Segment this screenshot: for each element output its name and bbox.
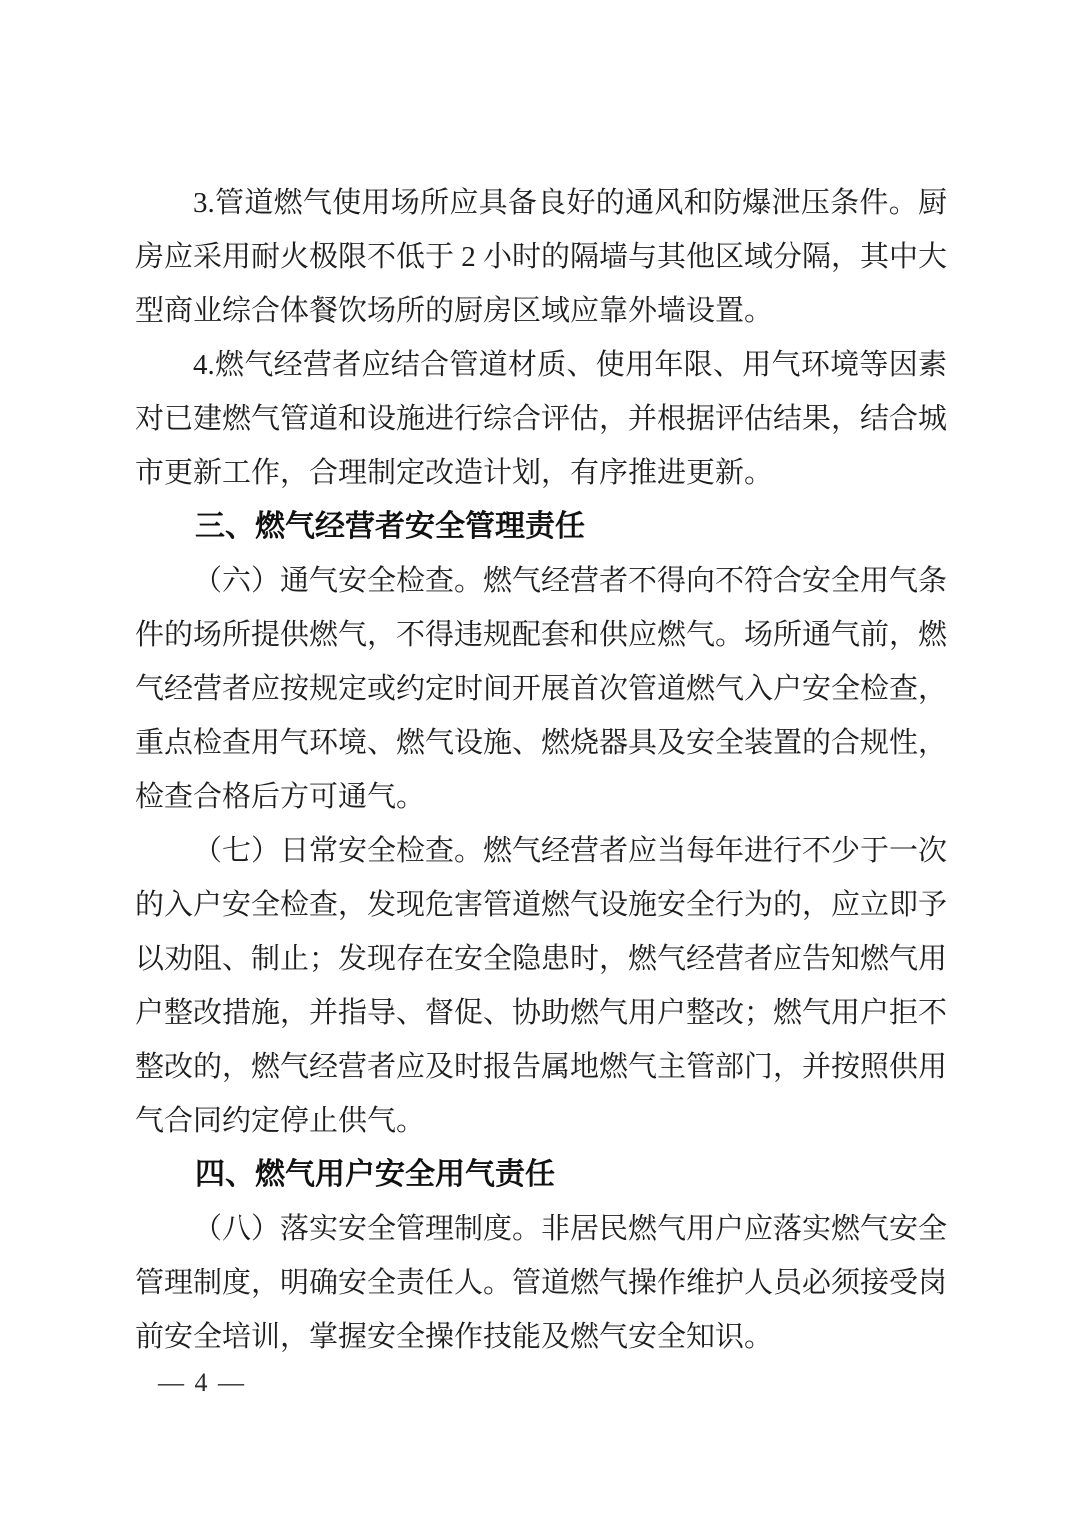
paragraph-clause-7-daily-safety-check: （七）日常安全检查。燃气经营者应当每年进行不少于一次的入户安全检查，发现危害管道…: [135, 824, 947, 1148]
document-page: 3.管道燃气使用场所应具备良好的通风和防爆泄压条件。厨房应采用耐火极限不低于 2…: [0, 0, 1080, 1527]
document-body: 3.管道燃气使用场所应具备良好的通风和防爆泄压条件。厨房应采用耐火极限不低于 2…: [135, 176, 947, 1364]
section-heading-three-gas-operator-responsibility: 三、燃气经营者安全管理责任: [135, 500, 947, 554]
paragraph-item-3: 3.管道燃气使用场所应具备良好的通风和防爆泄压条件。厨房应采用耐火极限不低于 2…: [135, 176, 947, 338]
paragraph-clause-6-ventilation-safety-check: （六）通气安全检查。燃气经营者不得向不符合安全用气条件的场所提供燃气，不得违规配…: [135, 554, 947, 824]
section-heading-four-gas-user-responsibility: 四、燃气用户安全用气责任: [135, 1148, 947, 1202]
paragraph-item-4: 4.燃气经营者应结合管道材质、使用年限、用气环境等因素对已建燃气管道和设施进行综…: [135, 338, 947, 500]
paragraph-clause-8-safety-management-system: （八）落实安全管理制度。非居民燃气用户应落实燃气安全管理制度，明确安全责任人。管…: [135, 1202, 947, 1364]
page-number: — 4 —: [158, 1368, 246, 1398]
